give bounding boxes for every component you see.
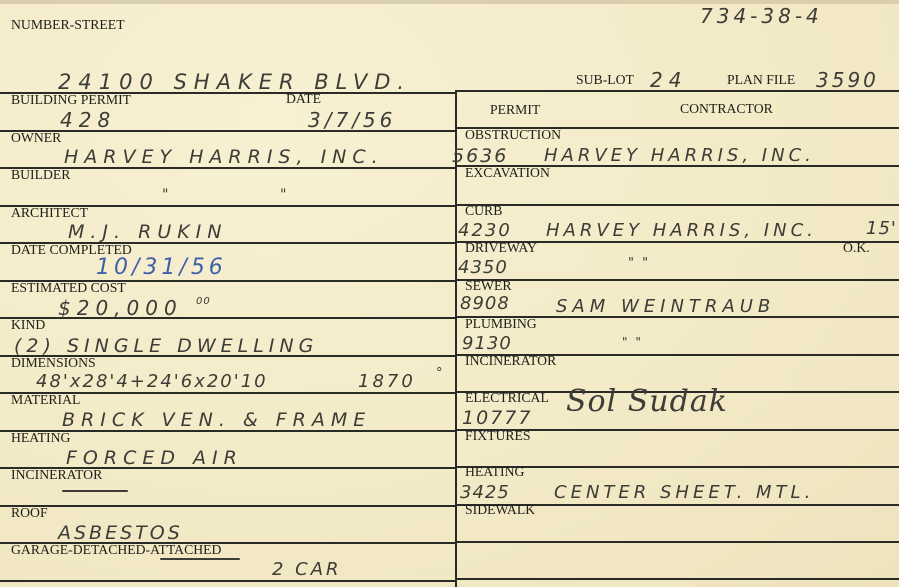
obstruction-permit: 5636 — [452, 146, 508, 166]
plumbing-contractor: " " — [622, 332, 643, 352]
date-value: 3/7/56 — [308, 110, 396, 130]
incinerator-label: INCINERATOR — [11, 469, 102, 483]
driveway-permit: 4350 — [458, 258, 508, 278]
sewer-permit: 8908 — [460, 294, 510, 314]
rule — [455, 204, 899, 206]
plumbing-permit: 9130 — [462, 334, 512, 354]
garage-label: GARAGE-DETACHED-ATTACHED — [11, 544, 221, 558]
builder-ditto-2: " — [280, 185, 292, 205]
heating-contractor: CENTER SHEET. MTL. — [554, 483, 814, 503]
right-heating-label: HEATING — [465, 466, 524, 480]
architect-label: ARCHITECT — [11, 207, 88, 221]
builder-label: BUILDER — [11, 169, 70, 183]
curb-note: 15' — [866, 219, 897, 239]
electrical-label: ELECTRICAL — [465, 392, 549, 406]
kind-label: KIND — [11, 319, 45, 333]
roof-label: ROOF — [11, 507, 48, 521]
garage-label-selected: ATTACHED — [150, 543, 221, 558]
rule — [0, 505, 455, 507]
right-incinerator-label: INCINERATOR — [465, 355, 556, 369]
permit-column-header: PERMIT — [490, 104, 540, 118]
material-label: MATERIAL — [11, 394, 80, 408]
driveway-label: DRIVEWAY — [465, 242, 537, 256]
driveway-note: O.K. — [843, 242, 870, 256]
rule — [455, 279, 899, 281]
kind-value: (2) SINGLE DWELLING — [14, 336, 318, 356]
estimated-cost-label: ESTIMATED COST — [11, 282, 126, 296]
heating-value: FORCED AIR — [66, 448, 243, 468]
date-label: DATE — [286, 93, 321, 107]
heating-permit: 3425 — [460, 483, 510, 503]
rule — [0, 580, 455, 582]
roof-value: ASBESTOS — [58, 523, 183, 543]
curb-label: CURB — [465, 205, 502, 219]
dimensions-value: 48'x28'4+24'6x20'10 — [36, 372, 268, 392]
plan-file-label: PLAN FILE — [727, 74, 795, 88]
obstruction-label: OBSTRUCTION — [465, 129, 561, 143]
sewer-contractor: SAM WEINTRAUB — [556, 297, 775, 317]
building-permit-label: BUILDING PERMIT — [11, 94, 131, 108]
owner-label: OWNER — [11, 132, 61, 146]
fixtures-label: FIXTURES — [465, 430, 531, 444]
electrical-permit: 10777 — [462, 408, 532, 428]
building-permit-value: 428 — [60, 110, 116, 130]
obstruction-contractor: HARVEY HARRIS, INC. — [544, 146, 815, 166]
number-street-value: 24100 SHAKER BLVD. — [58, 72, 411, 92]
architect-value: M.J. RUKIN — [68, 222, 228, 242]
dimensions-area: 1870 — [358, 372, 416, 392]
heating-label: HEATING — [11, 432, 70, 446]
curb-contractor: HARVEY HARRIS, INC. — [546, 221, 817, 241]
sidewalk-label: SIDEWALK — [465, 504, 535, 518]
garage-label-prefix: GARAGE-DETACHED- — [11, 543, 150, 558]
rule — [455, 541, 899, 543]
dimensions-label: DIMENSIONS — [11, 357, 96, 371]
date-completed-value: 10/31/56 — [96, 258, 227, 278]
plan-file-value: 3590 — [816, 70, 879, 90]
rule — [455, 90, 899, 92]
sub-lot-value: 24 — [650, 70, 687, 90]
driveway-contractor: " " — [628, 254, 650, 274]
incinerator-mark — [62, 490, 128, 492]
sub-lot-label: SUB-LOT — [576, 74, 634, 88]
owner-value: HARVEY HARRIS, INC. — [64, 147, 384, 167]
garage-value: 2 CAR — [272, 560, 342, 580]
builder-ditto-1: " — [162, 185, 174, 205]
estimated-cost-value: $20,000 — [58, 298, 183, 318]
card-number: 734-38-4 — [700, 6, 823, 26]
curb-permit: 4230 — [458, 221, 512, 241]
number-street-label: NUMBER-STREET — [11, 19, 125, 33]
rule — [455, 578, 899, 580]
plumbing-label: PLUMBING — [465, 318, 537, 332]
garage-attached-underline — [160, 558, 240, 560]
estimated-cost-cents: 00 — [196, 292, 211, 312]
contractor-column-header: CONTRACTOR — [680, 103, 773, 117]
material-value: BRICK VEN. & FRAME — [62, 410, 371, 430]
excavation-label: EXCAVATION — [465, 167, 550, 181]
electrical-contractor: Sol Sudak — [566, 392, 728, 412]
sewer-label: SEWER — [465, 280, 512, 294]
dimensions-area-unit: ° — [436, 364, 443, 384]
permit-record-card: NUMBER-STREET 24100 SHAKER BLVD. 734-38-… — [0, 0, 899, 587]
